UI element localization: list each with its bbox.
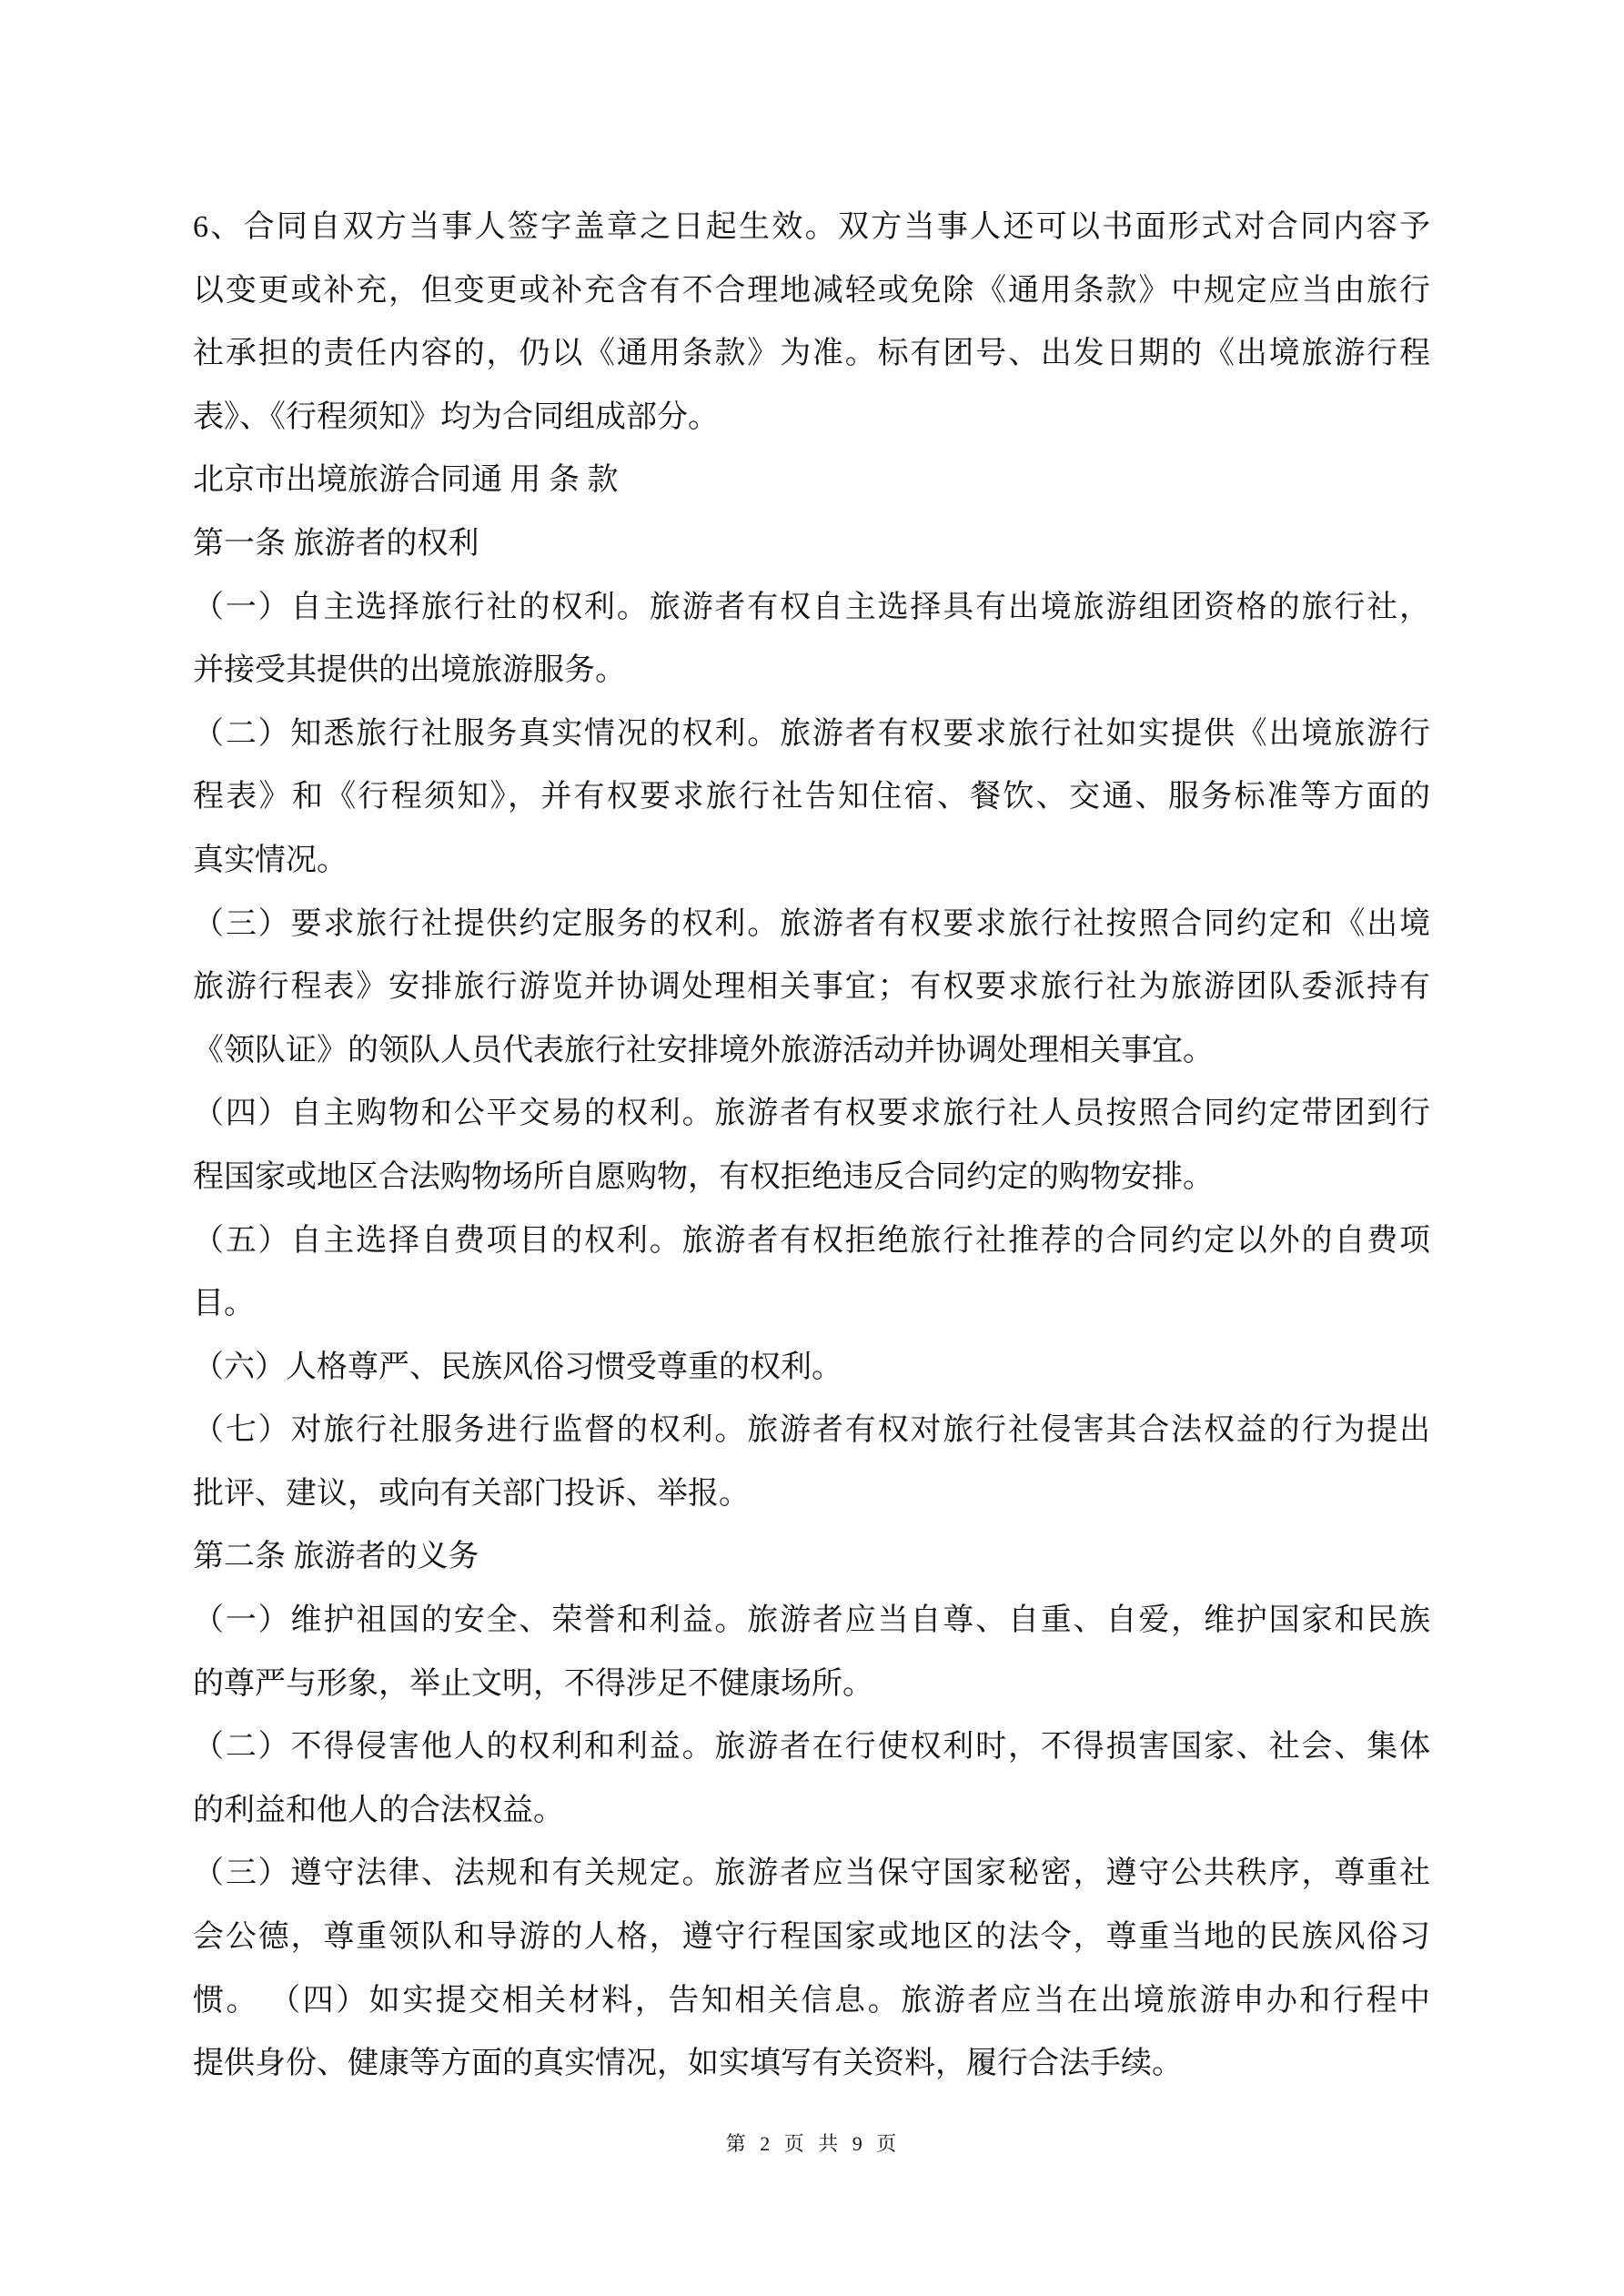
article-1-item-3-line-3: 《领队证》的领队人员代表旅行社安排境外旅游活动并协调处理相关事宜。	[193, 1029, 1430, 1093]
article-1-item-3-line-1: （三）要求旅行社提供约定服务的权利。旅游者有权要求旅行社按照合同约定和《出境	[193, 903, 1430, 966]
article-1-heading: 第一条 旅游者的权利	[193, 522, 1430, 586]
article-2-item-2-line-1: （二）不得侵害他人的权利和利益。旅游者在行使权利时，不得损害国家、社会、集体	[193, 1725, 1430, 1789]
article-1-item-2-line-2: 程表》和《行程须知》，并有权要求旅行社告知住宿、餐饮、交通、服务标准等方面的	[193, 775, 1430, 839]
article-1-item-1-line-2: 并接受其提供的出境旅游服务。	[193, 649, 1430, 713]
article-1-item-4-line-1: （四）自主购物和公平交易的权利。旅游者有权要求旅行社人员按照合同约定带团到行	[193, 1092, 1430, 1156]
page-number-footer: 第 2 页 共 9 页	[0, 2126, 1624, 2162]
article-1-item-6: （六）人格尊严、民族风俗习惯受尊重的权利。	[193, 1346, 1430, 1410]
article-1-item-1-line-1: （一）自主选择旅行社的权利。旅游者有权自主选择具有出境旅游组团资格的旅行社，	[193, 586, 1430, 650]
document-page: 6、合同自双方当事人签字盖章之日起生效。双方当事人还可以书面形式对合同内容予 以…	[0, 0, 1624, 2296]
article-1-item-2-line-3: 真实情况。	[193, 839, 1430, 903]
article-1-item-7-line-1: （七）对旅行社服务进行监督的权利。旅游者有权对旅行社侵害其合法权益的行为提出	[193, 1409, 1430, 1472]
article-1-item-5-line-2: 目。	[193, 1282, 1430, 1346]
clause-6-line-1: 6、合同自双方当事人签字盖章之日起生效。双方当事人还可以书面形式对合同内容予	[193, 206, 1430, 269]
clause-6-line-3: 社承担的责任内容的，仍以《通用条款》为准。标有团号、出发日期的《出境旅游行程	[193, 332, 1430, 396]
article-1-item-3-line-2: 旅游行程表》安排旅行游览并协调处理相关事宜；有权要求旅行社为旅游团队委派持有	[193, 966, 1430, 1029]
clause-6-line-4: 表》、《行程须知》均为合同组成部分。	[193, 396, 1430, 460]
article-1-item-2-line-1: （二）知悉旅行社服务真实情况的权利。旅游者有权要求旅行社如实提供《出境旅游行	[193, 713, 1430, 776]
section-title-general-terms: 北京市出境旅游合同通 用 条 款	[193, 459, 1430, 522]
clause-6-line-2: 以变更或补充，但变更或补充含有不合理地减轻或免除《通用条款》中规定应当由旅行	[193, 269, 1430, 333]
article-1-item-5-line-1: （五）自主选择自费项目的权利。旅游者有权拒绝旅行社推荐的合同约定以外的自费项	[193, 1219, 1430, 1283]
article-2-item-3-4-line-3: 惯。 （四）如实提交相关材料，告知相关信息。旅游者应当在出境旅游申办和行程中	[193, 1979, 1430, 2043]
article-1-item-4-line-2: 程国家或地区合法购物场所自愿购物，有权拒绝违反合同约定的购物安排。	[193, 1156, 1430, 1219]
article-2-item-4-line-2: 提供身份、健康等方面的真实情况，如实填写有关资料，履行合法手续。	[193, 2042, 1430, 2106]
article-2-item-3-line-1: （三）遵守法律、法规和有关规定。旅游者应当保守国家秘密，遵守公共秩序，尊重社	[193, 1852, 1430, 1916]
article-2-item-1-line-2: 的尊严与形象，举止文明，不得涉足不健康场所。	[193, 1663, 1430, 1726]
article-2-item-3-line-2: 会公德，尊重领队和导游的人格，遵守行程国家或地区的法令，尊重当地的民族风俗习	[193, 1916, 1430, 1979]
article-1-item-7-line-2: 批评、建议，或向有关部门投诉、举报。	[193, 1472, 1430, 1536]
article-2-item-1-line-1: （一）维护祖国的安全、荣誉和利益。旅游者应当自尊、自重、自爱，维护国家和民族	[193, 1599, 1430, 1663]
article-2-item-2-line-2: 的利益和他人的合法权益。	[193, 1789, 1430, 1853]
article-2-heading: 第二条 旅游者的义务	[193, 1535, 1430, 1599]
document-body: 6、合同自双方当事人签字盖章之日起生效。双方当事人还可以书面形式对合同内容予 以…	[193, 206, 1430, 2106]
